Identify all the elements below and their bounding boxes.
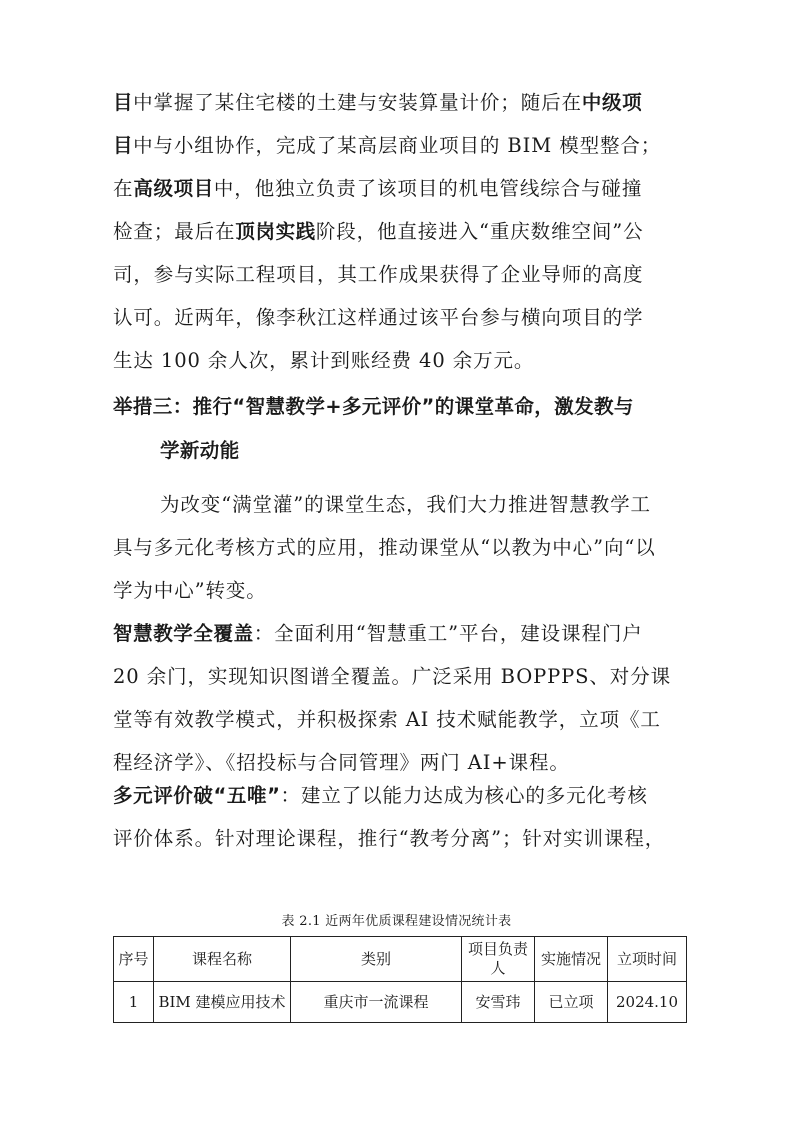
paragraph-line: 检查；最后在顶岗实践阶段，他直接进入“重庆数维空间”公 [113, 217, 683, 247]
table-row: 1 BIM 建模应用技术 重庆市一流课程 安雪玮 已立项 2024.10 [114, 982, 687, 1023]
bold-term: 目 [113, 134, 133, 157]
paragraph-line: 具与多元化考核方式的应用，推动课堂从“以教为中心”向“以 [113, 533, 683, 563]
header-cell: 课程名称 [154, 937, 291, 982]
text: 中掌握了某住宅楼的土建与安装算量计价；随后在 [133, 91, 582, 114]
cell-status: 已立项 [535, 982, 608, 1023]
cell-index: 1 [114, 982, 154, 1023]
bold-label: 智慧教学全覆盖 [113, 622, 254, 645]
cell-category: 重庆市一流课程 [291, 982, 462, 1023]
paragraph-line: 在高级项目中，他独立负责了该项目的机电管线综合与碰撞 [113, 174, 683, 204]
table-caption: 表 2.1 近两年优质课程建设情况统计表 [0, 913, 793, 931]
text: 中，他独立负责了该项目的机电管线综合与碰撞 [214, 177, 642, 200]
paragraph-line: 目中掌握了某住宅楼的土建与安装算量计价；随后在中级项 [113, 88, 683, 118]
paragraph-line: 生达 100 余人次，累计到账经费 40 余万元。 [113, 346, 683, 376]
paragraph-line: 认可。近两年，像李秋江这样通过该平台参与横向项目的学 [113, 303, 683, 333]
bold-term: 顶岗实践 [235, 220, 315, 243]
text: ：建立了以能力达成为核心的多元化考核 [281, 784, 648, 807]
paragraph-line: 堂等有效教学模式，并积极探索 AI 技术赋能教学，立项《工 [113, 705, 683, 735]
paragraph-line: 为改变“满堂灌”的课堂生态，我们大力推进智慧教学工 [160, 490, 684, 520]
document-page: 目中掌握了某住宅楼的土建与安装算量计价；随后在中级项 目中与小组协作，完成了某高… [0, 0, 793, 1122]
paragraph-line: 评价体系。针对理论课程，推行“教考分离”；针对实训课程， [113, 824, 683, 854]
header-cell: 类别 [291, 937, 462, 982]
text: 检查；最后在 [113, 220, 235, 243]
table-header-row: 序号 课程名称 类别 项目负责人 实施情况 立项时间 [114, 937, 687, 982]
text: 中与小组协作，完成了某高层商业项目的 BIM 模型整合； [133, 134, 661, 157]
cell-owner: 安雪玮 [462, 982, 535, 1023]
cell-date: 2024.10 [608, 982, 687, 1023]
header-cell: 序号 [114, 937, 154, 982]
text: 阶段，他直接进入“重庆数维空间”公 [316, 220, 644, 243]
paragraph-line: 程经济学》、《招投标与合同管理》两门 AI+课程。 [113, 748, 683, 778]
paragraph-line: 司，参与实际工程项目，其工作成果获得了企业导师的高度 [113, 260, 683, 290]
text: ：全面利用“智慧重工”平台，建设课程门户 [254, 622, 643, 645]
course-table: 序号 课程名称 类别 项目负责人 实施情况 立项时间 1 BIM 建模应用技术 … [113, 936, 687, 1023]
text: 在 [113, 177, 133, 200]
cell-course-name: BIM 建模应用技术 [154, 982, 291, 1023]
section-heading: 举措三：推行“智慧教学+多元评价”的课堂革命，激发教与 [113, 392, 634, 422]
bold-label: 多元评价破“五唯” [113, 784, 281, 807]
bold-term: 高级项目 [133, 177, 213, 200]
section-heading-cont: 学新动能 [160, 436, 240, 466]
bold-term: 中级项 [582, 91, 642, 114]
header-cell: 立项时间 [608, 937, 687, 982]
paragraph-line: 智慧教学全覆盖：全面利用“智慧重工”平台，建设课程门户 [113, 619, 683, 649]
header-cell: 项目负责人 [462, 937, 535, 982]
bold-term: 目 [113, 91, 133, 114]
paragraph-line: 多元评价破“五唯”：建立了以能力达成为核心的多元化考核 [113, 781, 683, 811]
paragraph-line: 目中与小组协作，完成了某高层商业项目的 BIM 模型整合； [113, 131, 683, 161]
paragraph-line: 学为中心”转变。 [113, 576, 683, 606]
header-cell: 实施情况 [535, 937, 608, 982]
paragraph-line: 20 余门，实现知识图谱全覆盖。广泛采用 BOPPPS、对分课 [113, 662, 683, 692]
